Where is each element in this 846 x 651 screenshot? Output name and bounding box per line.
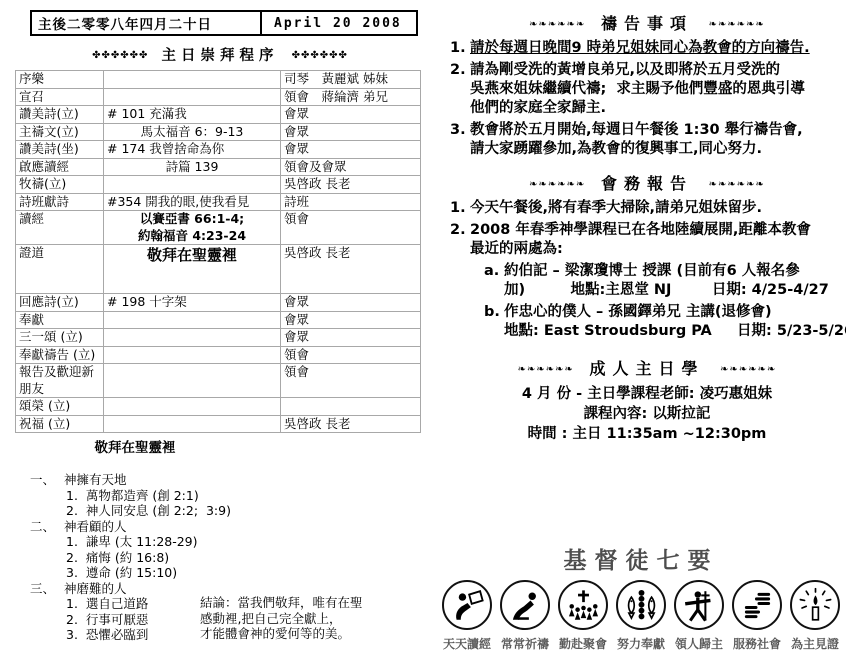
- service-row: 三一頌 (立)會眾: [16, 329, 421, 347]
- text-line: 地點: East Stroudsburg PA 日期: 5/23-5/26: [504, 322, 846, 341]
- service-item: [104, 71, 281, 89]
- essential-label: 勤赴聚會: [556, 635, 610, 651]
- announcement-list: 1.今天午餐後,將有春季大掃除,請弟兄姐妹留步.2.2008 年春季神學課程已在…: [450, 199, 844, 341]
- sermon-conclusion: 結論：當我們敬拜，唯有在聖感動裡,把自己完全獻上，才能體會神的愛何等的美。: [200, 595, 363, 642]
- bible-reading-icon: [442, 580, 492, 630]
- sunday-school-title: 成人主日學: [589, 359, 704, 378]
- announcements-section: ❧❧❧❧❧❧ 會務報告 ❧❧❧❧❧❧ 1.今天午餐後,將有春季大掃除,請弟兄姐妹…: [450, 174, 844, 341]
- service-leader: 會眾: [281, 123, 421, 141]
- essential-item: 領人歸主: [672, 580, 726, 651]
- service-leader: 會眾: [281, 311, 421, 329]
- item-number: 2.: [450, 221, 470, 259]
- outline-section-title: 神磨難的人: [64, 581, 127, 596]
- service-row: 宣召領會 蔣綸濟 弟兄: [16, 88, 421, 106]
- item-text: 教會將於五月開始,每週日午餐後 1:30 舉行禱告會,請大家踴躍參加,為教會的復…: [470, 121, 803, 159]
- service-leader: 吳啓政 長老: [281, 176, 421, 194]
- swirl-ornament-icon: ❧❧❧❧❧❧: [529, 179, 585, 190]
- service-item: [104, 364, 281, 398]
- essential-label: 為主見證: [788, 635, 842, 651]
- gathering-icon: [558, 580, 608, 630]
- service-step-label: 證道: [16, 245, 104, 294]
- service-item: 敬拜在聖靈裡: [104, 245, 281, 294]
- essential-label: 服務社會: [730, 635, 784, 651]
- sermon-outline: 一、神擁有天地1. 萬物都造齊 (創 2:1)2. 神人同安息 (創 2:2; …: [15, 472, 425, 643]
- outline-section-number: 二、: [30, 519, 64, 535]
- sunday-school-lines: 4 月 份 - 主日學課程老師: 凌巧惠姐妹課程內容: 以斯拉記時間 : 主日 …: [450, 384, 844, 444]
- item-text: 今天午餐後,將有春季大掃除,請弟兄姐妹留步.: [470, 199, 762, 218]
- conclusion-line: 感動裡,把自己完全獻上，: [200, 611, 363, 627]
- item-text: 請為剛受洗的黃增良弟兄,以及即將於五月受洗的吳燕來姐妹繼續代禱; 求主賜予他們豐…: [470, 61, 805, 118]
- service-leader: 領會: [281, 211, 421, 245]
- item-number: a.: [484, 262, 504, 300]
- text-line: 2008 年春季神學課程已在各地陸續展開,距離本教會: [470, 221, 811, 240]
- service-row: 牧禱(立)吳啓政 長老: [16, 176, 421, 194]
- service-item: [104, 346, 281, 364]
- service-item: [104, 329, 281, 347]
- service-step-label: 報告及歡迎新朋友: [16, 364, 104, 398]
- announcements-heading: ❧❧❧❧❧❧ 會務報告 ❧❧❧❧❧❧: [450, 174, 844, 194]
- service-row: 啟應讀經詩篇 139領會及會眾: [16, 158, 421, 176]
- outline-point: 2. 神人同安息 (創 2:2; 3:9): [30, 503, 425, 519]
- service-row: 回應詩(立)# 198 十字架會眾: [16, 294, 421, 312]
- worship-table-body: 序樂司琴 黃麗斌 姊妹宣召領會 蔣綸濟 弟兄讚美詩(立)# 101 充滿我會眾主…: [16, 71, 421, 433]
- date-chinese: 主後二零零八年四月二十日: [32, 12, 260, 34]
- item-number: 3.: [450, 121, 470, 159]
- list-item: 2.請為剛受洗的黃增良弟兄,以及即將於五月受洗的吳燕來姐妹繼續代禱; 求主賜予他…: [450, 61, 844, 118]
- list-item: 3.教會將於五月開始,每週日午餐後 1:30 舉行禱告會,請大家踴躍參加,為教會…: [450, 121, 844, 159]
- service-leader: 領會: [281, 346, 421, 364]
- text-line: 作忠心的僕人 – 孫國鐸弟兄 主講(退修會): [504, 303, 846, 322]
- service-step-label: 牧禱(立): [16, 176, 104, 194]
- service-item: [104, 398, 281, 416]
- service-item: [104, 88, 281, 106]
- item-number: 1.: [450, 39, 470, 58]
- service-row: 奉獻禱告 (立)領會: [16, 346, 421, 364]
- service-step-label: 三一頌 (立): [16, 329, 104, 347]
- service-item: [104, 415, 281, 433]
- service-leader: 吳啓政 長老: [281, 415, 421, 433]
- service-item: # 198 十字架: [104, 294, 281, 312]
- prayer-heading: ❧❧❧❧❧❧ 禱告事項 ❧❧❧❧❧❧: [450, 14, 844, 34]
- text-line: 他們的家庭全家歸主.: [470, 99, 805, 118]
- right-column: ❧❧❧❧❧❧ 禱告事項 ❧❧❧❧❧❧ 1.請於每週日晚間9 時弟兄姐妹同心為教會…: [450, 14, 844, 459]
- essential-item: 為主見證: [788, 580, 842, 651]
- text-line: 加) 地點:主恩堂 NJ 日期: 4/25-4/27: [504, 281, 829, 300]
- service-step-label: 奉獻: [16, 311, 104, 329]
- service-item: #354 開我的眼,使我看見: [104, 193, 281, 211]
- service-item: [104, 176, 281, 194]
- service-leader: [281, 398, 421, 416]
- conclusion-line: 結論：當我們敬拜，唯有在聖: [200, 595, 363, 611]
- prayer-list: 1.請於每週日晚間9 時弟兄姐妹同心為教會的方向禱告.2.請為剛受洗的黃增良弟兄…: [450, 39, 844, 159]
- offering-icon: [616, 580, 666, 630]
- announcements-title: 會務報告: [601, 174, 693, 193]
- outline-section-heading: 二、神看顧的人: [30, 519, 425, 535]
- service-leader: 會眾: [281, 294, 421, 312]
- outline-point: 1. 謙卑 (太 11:28-29): [30, 534, 425, 550]
- service-row: 奉獻會眾: [16, 311, 421, 329]
- swirl-ornament-icon: ❧❧❧❧❧❧: [720, 364, 776, 375]
- ornament-left-icon: ✤✤✤✤✤✤: [92, 50, 148, 61]
- service-leader: 會眾: [281, 106, 421, 124]
- service-leader: 領會及會眾: [281, 158, 421, 176]
- text-line: 今天午餐後,將有春季大掃除,請弟兄姐妹留步.: [470, 199, 762, 218]
- service-row: 主禱文(立)馬太福音 6：9-13會眾: [16, 123, 421, 141]
- service-leader: 領會 蔣綸濟 弟兄: [281, 88, 421, 106]
- essential-item: 天天讀經: [440, 580, 494, 651]
- sunday-school-heading: ❧❧❧❧❧❧ 成人主日學 ❧❧❧❧❧❧: [450, 359, 844, 379]
- date-english: April 20 2008: [260, 12, 416, 34]
- service-item: 以賽亞書 66:1-4; 約翰福音 4:23-24: [104, 211, 281, 245]
- essential-label: 天天讀經: [440, 635, 494, 651]
- essentials-row: 天天讀經常常祈禱勤赴聚會努力奉獻領人歸主服務社會為主見證: [440, 580, 842, 651]
- item-number: 1.: [450, 199, 470, 218]
- service-leader: 領會: [281, 364, 421, 398]
- essential-item: 努力奉獻: [614, 580, 668, 651]
- worship-table: 序樂司琴 黃麗斌 姊妹宣召領會 蔣綸濟 弟兄讚美詩(立)# 101 充滿我會眾主…: [15, 70, 421, 433]
- essential-item: 勤赴聚會: [556, 580, 610, 651]
- service-item: # 101 充滿我: [104, 106, 281, 124]
- swirl-ornament-icon: ❧❧❧❧❧❧: [529, 19, 585, 30]
- outline-section-number: 一、: [30, 472, 64, 488]
- list-item: 1.今天午餐後,將有春季大掃除,請弟兄姐妹留步.: [450, 199, 844, 218]
- item-text: 2008 年春季神學課程已在各地陸續展開,距離本教會最近的兩處為:: [470, 221, 811, 259]
- list-item: b.作忠心的僕人 – 孫國鐸弟兄 主講(退修會)地點: East Strouds…: [450, 303, 844, 341]
- prayer-section: ❧❧❧❧❧❧ 禱告事項 ❧❧❧❧❧❧ 1.請於每週日晚間9 時弟兄姐妹同心為教會…: [450, 14, 844, 159]
- outline-section-heading: 一、神擁有天地: [30, 472, 425, 488]
- service-row: 詩班獻詩#354 開我的眼,使我看見詩班: [16, 193, 421, 211]
- list-item: 1.請於每週日晚間9 時弟兄姐妹同心為教會的方向禱告.: [450, 39, 844, 58]
- service-title: 主日崇拜程序: [162, 48, 279, 64]
- sermon-title: 敬拜在聖靈裡: [15, 436, 255, 456]
- service-item: # 174 我曾捨命為你: [104, 141, 281, 159]
- item-number: b.: [484, 303, 504, 341]
- service-item: 詩篇 139: [104, 158, 281, 176]
- service-row: 證道敬拜在聖靈裡吳啓政 長老: [16, 245, 421, 294]
- text-line: 最近的兩處為:: [470, 240, 811, 259]
- text-line: 約伯記 – 梁潔瓊博士 授課 (目前有6 人報名參: [504, 262, 829, 281]
- service-step-label: 啟應讀經: [16, 158, 104, 176]
- service-leader: 詩班: [281, 193, 421, 211]
- service-row: 序樂司琴 黃麗斌 姊妹: [16, 71, 421, 89]
- service-step-label: 奉獻禱告 (立): [16, 346, 104, 364]
- sunday-school-section: ❧❧❧❧❧❧ 成人主日學 ❧❧❧❧❧❧ 4 月 份 - 主日學課程老師: 凌巧惠…: [450, 359, 844, 444]
- service-title-row: ✤✤✤✤✤✤ 主日崇拜程序 ✤✤✤✤✤✤: [15, 44, 425, 65]
- service-leader: 司琴 黃麗斌 姊妹: [281, 71, 421, 89]
- list-item: a.約伯記 – 梁潔瓊博士 授課 (目前有6 人報名參加) 地點:主恩堂 NJ …: [450, 262, 844, 300]
- outline-point: 1. 萬物都造齊 (創 2:1): [30, 488, 425, 504]
- text-line: 吳燕來姐妹繼續代禱; 求主賜予他們豐盛的恩典引導: [470, 80, 805, 99]
- text-line: 教會將於五月開始,每週日午餐後 1:30 舉行禱告會,: [470, 121, 803, 140]
- outline-section-heading: 三、神磨難的人: [30, 581, 425, 597]
- social-service-icon: [732, 580, 782, 630]
- outline-point: 2. 痛悔 (約 16:8): [30, 550, 425, 566]
- sunday-school-line: 4 月 份 - 主日學課程老師: 凌巧惠姐妹: [450, 384, 844, 404]
- outline-section-number: 三、: [30, 581, 64, 597]
- service-row: 讚美詩(坐)# 174 我曾捨命為你會眾: [16, 141, 421, 159]
- service-step-label: 頌榮 (立): [16, 398, 104, 416]
- sunday-school-line: 課程內容: 以斯拉記: [450, 404, 844, 424]
- swirl-ornament-icon: ❧❧❧❧❧❧: [709, 179, 765, 190]
- text-line: 請為剛受洗的黃增良弟兄,以及即將於五月受洗的: [470, 61, 805, 80]
- list-item: 2.2008 年春季神學課程已在各地陸續展開,距離本教會最近的兩處為:: [450, 221, 844, 259]
- service-item: [104, 311, 281, 329]
- item-number: 2.: [450, 61, 470, 118]
- left-column: 主後二零零八年四月二十日 April 20 2008 ✤✤✤✤✤✤ 主日崇拜程序…: [15, 10, 425, 643]
- prayer-title: 禱告事項: [601, 14, 693, 33]
- swirl-ornament-icon: ❧❧❧❧❧❧: [709, 19, 765, 30]
- service-step-label: 回應詩(立): [16, 294, 104, 312]
- ornament-right-icon: ✤✤✤✤✤✤: [292, 50, 348, 61]
- service-item: 馬太福音 6：9-13: [104, 123, 281, 141]
- service-leader: 會眾: [281, 141, 421, 159]
- essential-item: 常常祈禱: [498, 580, 552, 651]
- essential-label: 努力奉獻: [614, 635, 668, 651]
- service-step-label: 讀經: [16, 211, 104, 245]
- evangelism-icon: [674, 580, 724, 630]
- essentials-section: 基督徒七要 天天讀經常常祈禱勤赴聚會努力奉獻領人歸主服務社會為主見證: [440, 542, 842, 651]
- item-text: 作忠心的僕人 – 孫國鐸弟兄 主講(退修會)地點: East Stroudsbu…: [504, 303, 846, 341]
- service-leader: 會眾: [281, 329, 421, 347]
- swirl-ornament-icon: ❧❧❧❧❧❧: [518, 364, 574, 375]
- service-row: 祝福 (立)吳啓政 長老: [16, 415, 421, 433]
- service-row: 報告及歡迎新朋友領會: [16, 364, 421, 398]
- service-step-label: 宣召: [16, 88, 104, 106]
- essential-label: 常常祈禱: [498, 635, 552, 651]
- service-step-label: 主禱文(立): [16, 123, 104, 141]
- service-row: 頌榮 (立): [16, 398, 421, 416]
- text-line: 請大家踴躍參加,為教會的復興事工,同心努力.: [470, 140, 803, 159]
- outline-section-title: 神擁有天地: [64, 472, 127, 487]
- essential-label: 領人歸主: [672, 635, 726, 651]
- date-box: 主後二零零八年四月二十日 April 20 2008: [30, 10, 418, 36]
- service-step-label: 讚美詩(坐): [16, 141, 104, 159]
- outline-point: 3. 遵命 (約 15:10): [30, 565, 425, 581]
- service-step-label: 祝福 (立): [16, 415, 104, 433]
- conclusion-line: 才能體會神的愛何等的美。: [200, 626, 363, 642]
- prayer-icon: [500, 580, 550, 630]
- service-step-label: 詩班獻詩: [16, 193, 104, 211]
- sunday-school-line: 時間 : 主日 11:35am ~12:30pm: [450, 424, 844, 444]
- service-row: 讀經以賽亞書 66:1-4; 約翰福音 4:23-24領會: [16, 211, 421, 245]
- service-step-label: 序樂: [16, 71, 104, 89]
- service-leader: 吳啓政 長老: [281, 245, 421, 294]
- witness-icon: [790, 580, 840, 630]
- item-text: 請於每週日晚間9 時弟兄姐妹同心為教會的方向禱告.: [470, 39, 810, 58]
- text-line: 請於每週日晚間9 時弟兄姐妹同心為教會的方向禱告.: [470, 39, 810, 58]
- essentials-title: 基督徒七要: [440, 542, 842, 575]
- essential-item: 服務社會: [730, 580, 784, 651]
- item-text: 約伯記 – 梁潔瓊博士 授課 (目前有6 人報名參加) 地點:主恩堂 NJ 日期…: [504, 262, 829, 300]
- service-step-label: 讚美詩(立): [16, 106, 104, 124]
- outline-section-title: 神看顧的人: [64, 519, 127, 534]
- service-row: 讚美詩(立)# 101 充滿我會眾: [16, 106, 421, 124]
